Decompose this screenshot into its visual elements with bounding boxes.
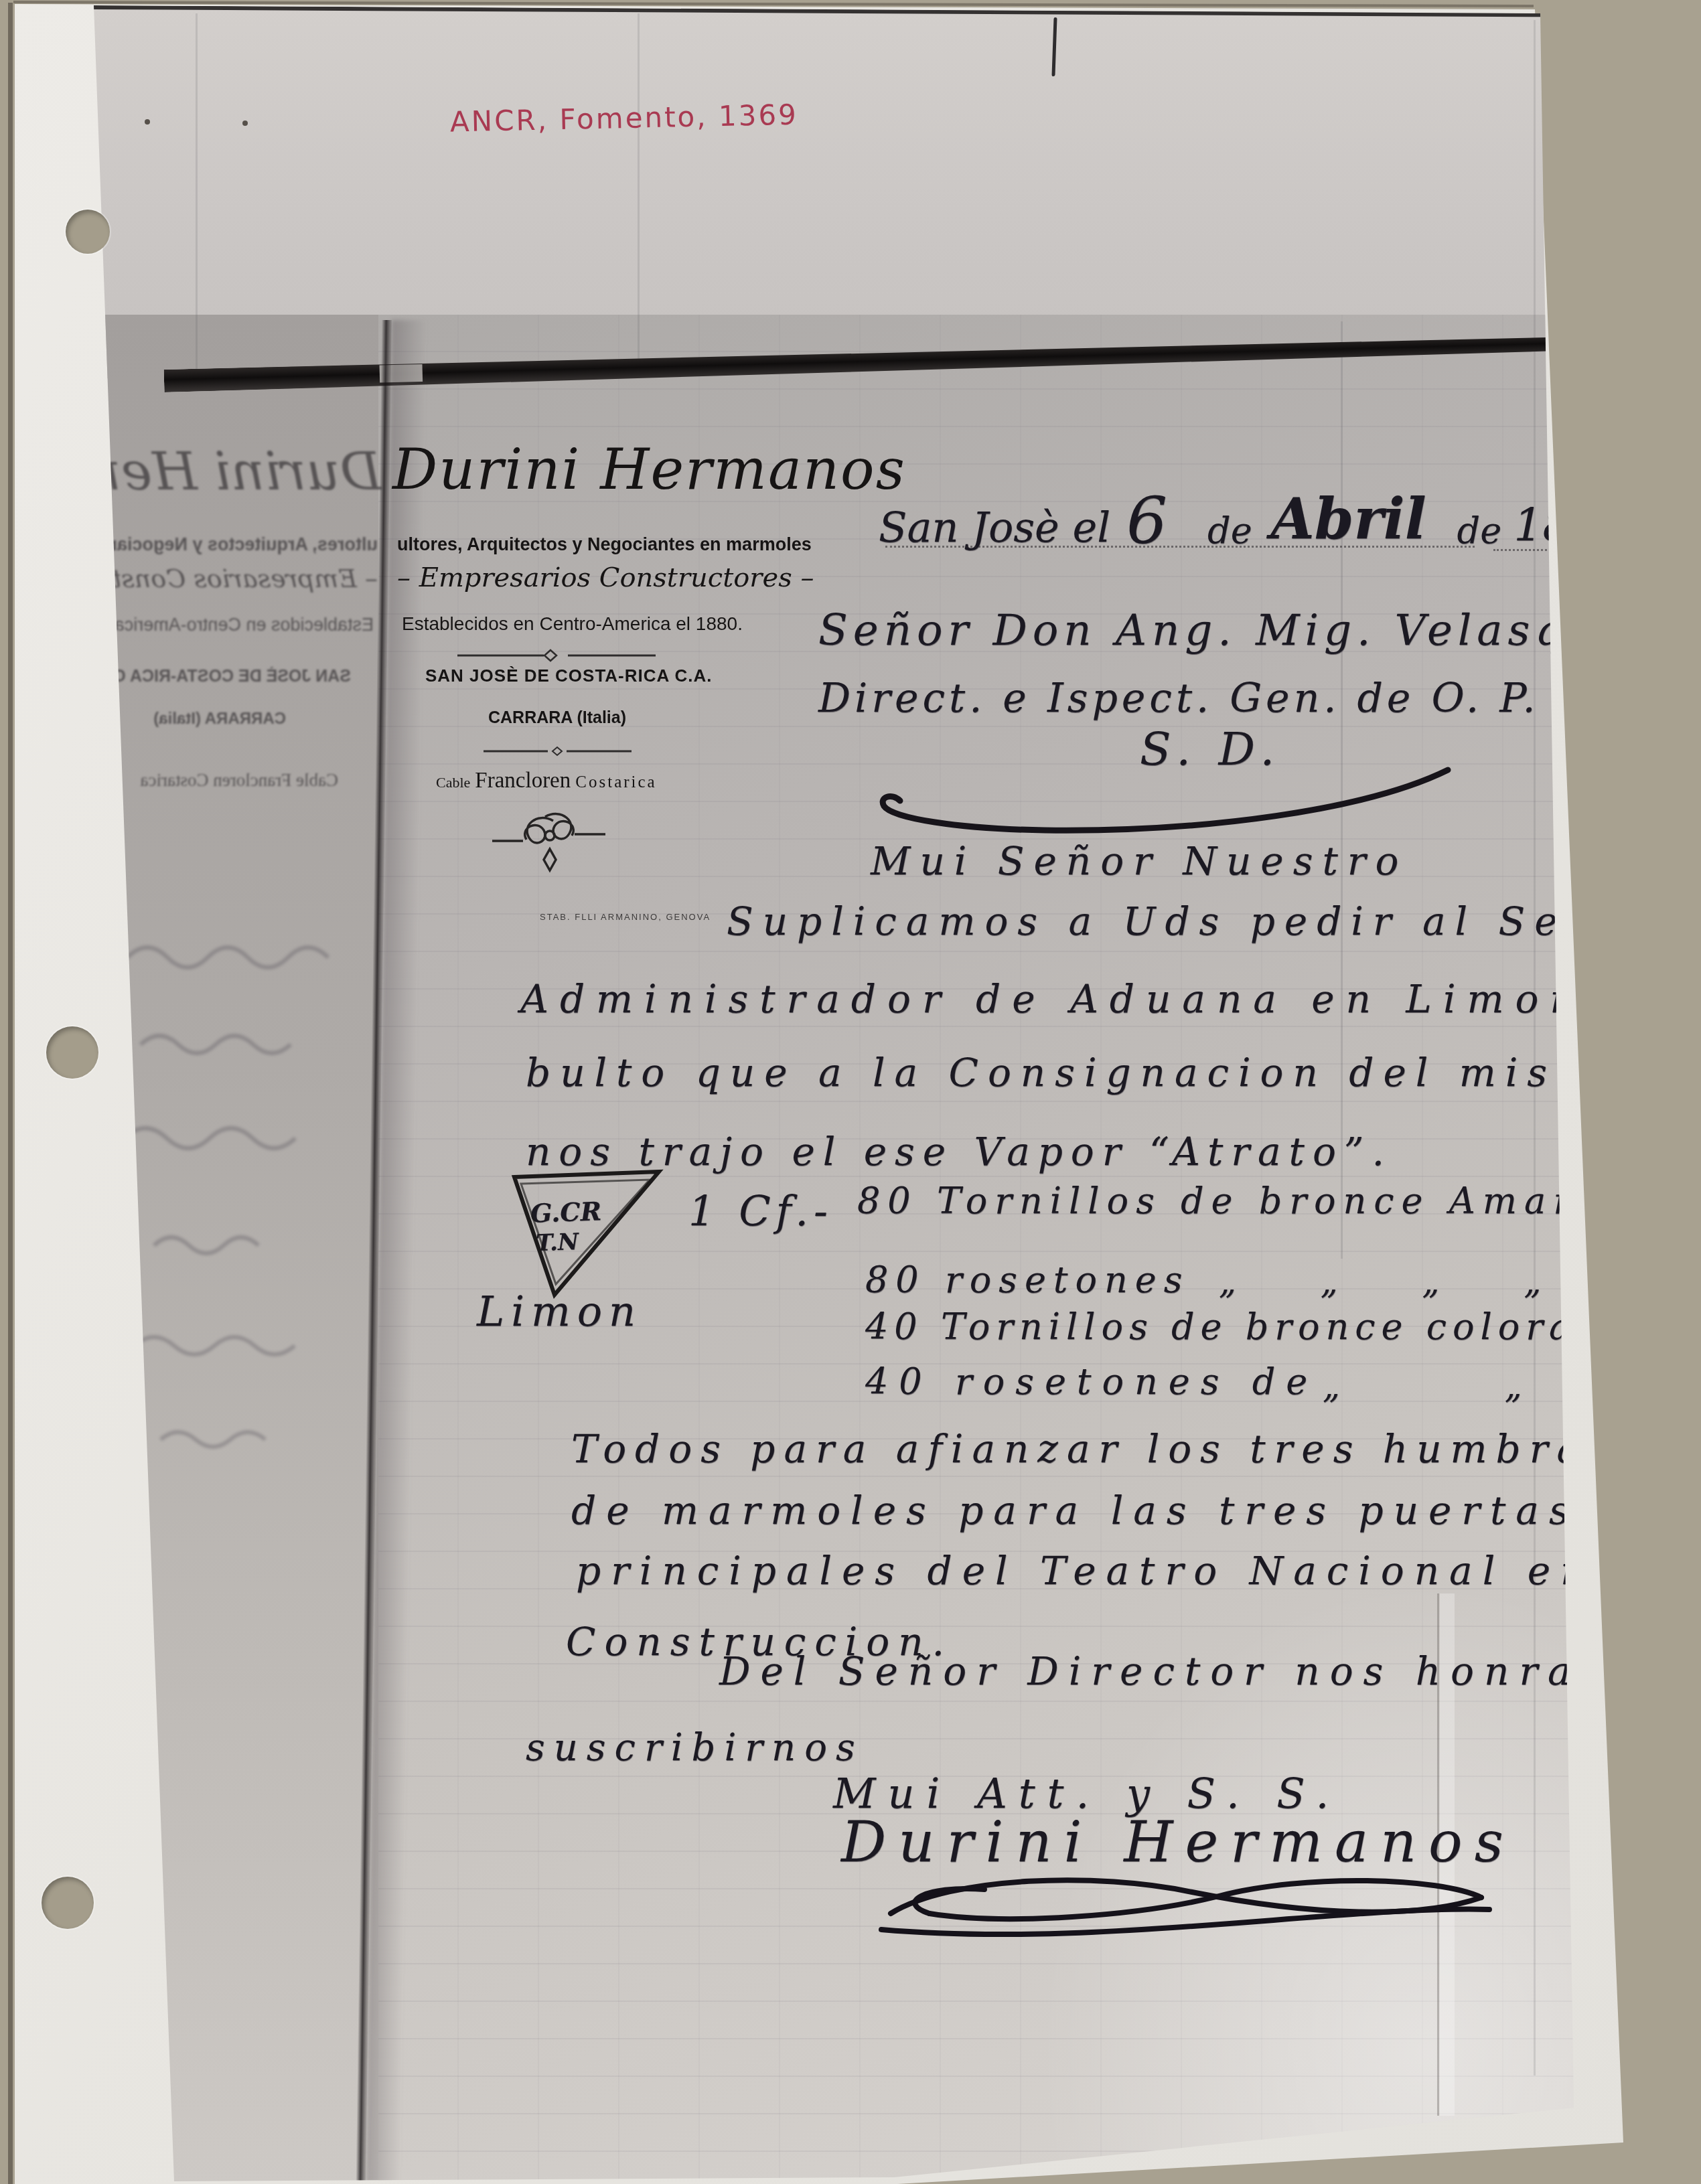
letterhead-rule-2 [484,747,632,755]
punch-hole-top [66,210,110,254]
letterhead-ornament [492,814,605,870]
scanned-archive-page: ANCR, Fomento, 1369 Durini Hermanos ulto… [0,0,1701,2184]
punch-hole-middle [46,1026,98,1079]
sheet-left-edge-shadow [8,3,13,2184]
recipient-underline-flourish [883,770,1448,830]
customs-stamp-triangle [514,1172,659,1295]
bleed-through-script [124,947,328,1447]
ink-flourishes-layer [0,0,1701,2184]
punch-hole-bottom [42,1877,94,1929]
letterhead-rule-1 [457,650,656,661]
letter-photograph: ANCR, Fomento, 1369 Durini Hermanos ulto… [0,0,1701,2184]
signature-flourish [881,1880,1489,1934]
